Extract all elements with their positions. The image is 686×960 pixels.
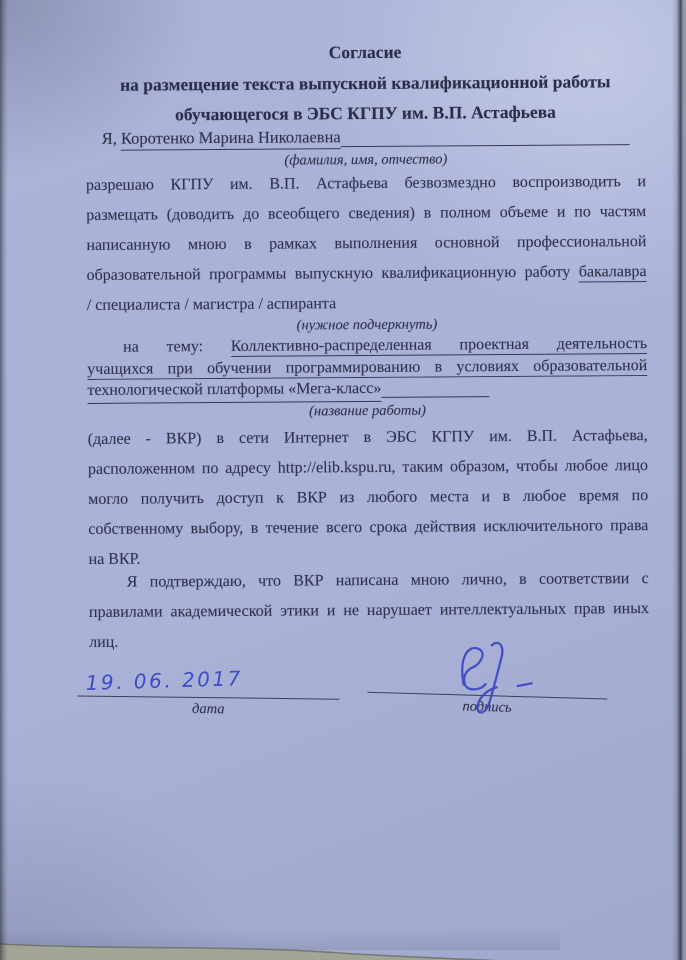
degree-line-plain: образовательной программы выпускную квал… (87, 264, 579, 284)
handwritten-date: 19. 06. 2017 (85, 666, 243, 695)
paragraph-line: собственному выбору, в течение всего сро… (88, 511, 648, 545)
signature-scribble (433, 637, 545, 720)
permission-paragraph: разрешаю КГПУ им. В.П. Астафьева безвозм… (86, 167, 647, 321)
name-underline-extension (341, 143, 630, 147)
topic-line: учащихся при обучении программированию в… (87, 355, 647, 380)
paragraph-line: расположенном по адресу http://elib.kspu… (88, 451, 648, 485)
handwritten-date-zone: 19. 06. 2017 (77, 663, 339, 698)
handwritten-signature-zone (367, 659, 608, 698)
signature-field: подпись (367, 659, 608, 719)
topic-underline-extension (381, 395, 489, 398)
paragraph-line: написанную мною в рамках выполнения осно… (86, 227, 646, 261)
document-content: Согласие на размещение текста выпускной … (85, 40, 650, 718)
paragraph-line: размещать (доводить до всеобщего сведени… (86, 197, 646, 231)
paper-right-edge (672, 0, 686, 960)
topic-block: на тему: Коллективно-распределенная прое… (87, 333, 647, 403)
topic-title-part-2: учащихся при обучении программированию в… (87, 357, 647, 380)
topic-title-part-3: технологической платформы «Мега-класс» (87, 378, 381, 404)
photo-left-edge-shadow (0, 0, 8, 960)
date-field: 19. 06. 2017 дата (77, 663, 340, 719)
photo-of-document: Согласие на размещение текста выпускной … (0, 0, 686, 960)
paragraph-line: разрешаю КГПУ им. В.П. Астафьева безвозм… (86, 167, 646, 201)
signature-area: 19. 06. 2017 дата подпись (77, 662, 649, 719)
paragraph-line: Я подтверждаю, что ВКР написана мною лич… (89, 564, 649, 598)
vkr-access-paragraph: (далее - ВКР) в сети Интернет в ЭБС КГПУ… (88, 421, 649, 575)
paragraph-line: (далее - ВКР) в сети Интернет в ЭБС КГПУ… (88, 421, 648, 455)
topic-label: на тему: (123, 338, 231, 356)
paragraph-line: образовательной программы выпускную квал… (87, 257, 647, 291)
degree-underlined-bachelor: бакалавра (579, 263, 647, 282)
doc-subtitle-line-2: обучающегося в ЭБС КГПУ им. В.П. Астафье… (85, 101, 645, 125)
author-name-prefix: Я, (102, 129, 121, 149)
table-surface (0, 936, 686, 960)
confirmation-paragraph: Я подтверждаю, что ВКР написана мною лич… (89, 564, 650, 658)
paragraph-line: правилами академической этики и не наруш… (89, 594, 649, 628)
paragraph-line: лиц. (89, 624, 649, 658)
topic-title-part-1: Коллективно-распределенная проектная дея… (231, 335, 647, 357)
paragraph-line: могло получить доступ к ВКР из любого ме… (88, 481, 648, 515)
doc-subtitle-line-1: на размещение текста выпускной квалифика… (85, 71, 645, 95)
author-name-value: Коротенко Марина Николаевна (121, 127, 341, 151)
date-caption: дата (77, 696, 339, 719)
doc-title: Согласие (85, 40, 645, 64)
